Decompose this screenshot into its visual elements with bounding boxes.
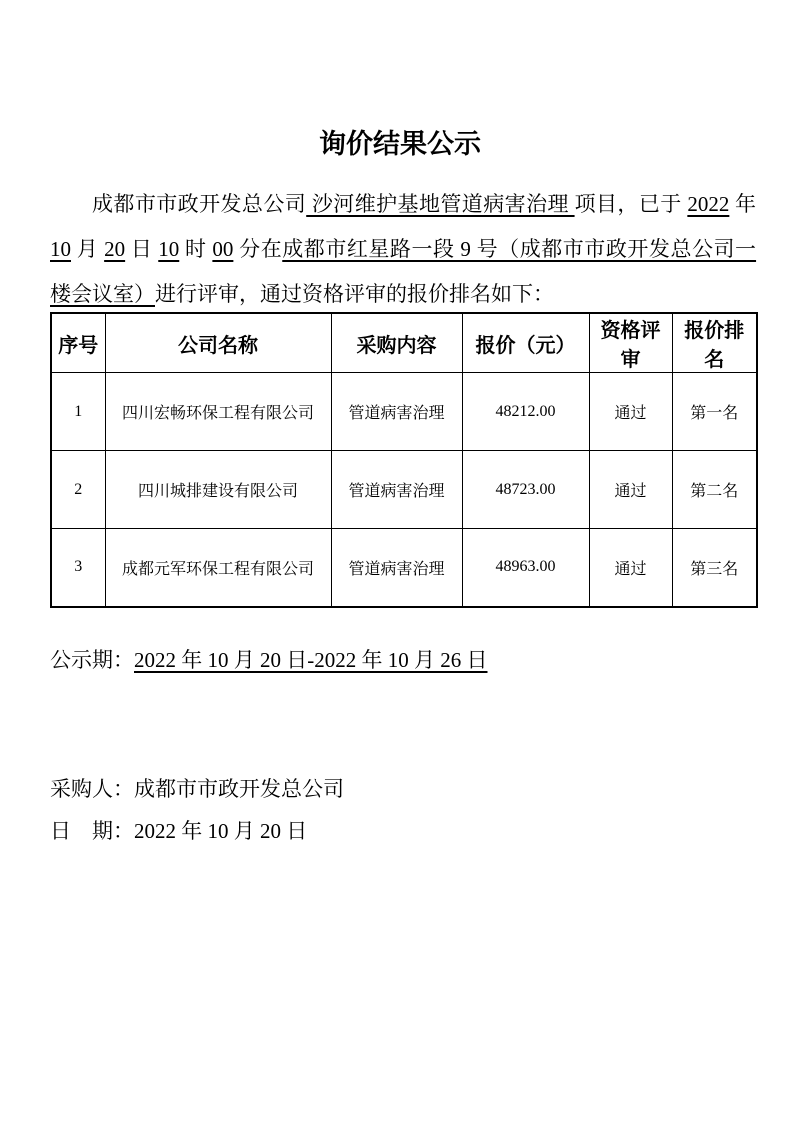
table-header-row: 序号 公司名称 采购内容 报价（元） 资格评审 报价排名	[51, 313, 757, 373]
cell-company: 四川宏畅环保工程有限公司	[105, 373, 331, 451]
buyer-value: 成都市市政开发总公司	[134, 777, 344, 801]
paragraph-segment: 成都市市政开发总公司	[92, 192, 306, 216]
paragraph-segment: 分在	[233, 237, 282, 261]
cell-index: 3	[51, 529, 105, 607]
paragraph-segment-underlined: 沙河维护基地管道病害治理	[306, 192, 574, 216]
paragraph-segment-underlined: 00	[212, 237, 233, 261]
date-value: 2022 年 10 月 20 日	[134, 819, 307, 843]
date-label: 日 期：	[50, 819, 134, 843]
cell-index: 2	[51, 451, 105, 529]
notice-period-value: 2022 年 10 月 20 日-2022 年 10 月 26 日	[134, 648, 488, 672]
paragraph-segment-underlined: 10	[158, 237, 179, 261]
header-cell-index: 序号	[51, 313, 105, 373]
header-cell-content: 采购内容	[331, 313, 462, 373]
buyer-line: 采购人：成都市市政开发总公司	[50, 775, 344, 803]
header-cell-company: 公司名称	[105, 313, 331, 373]
intro-paragraph: 成都市市政开发总公司 沙河维护基地管道病害治理 项目，已于 2022 年 10 …	[50, 182, 756, 317]
table-row: 1 四川宏畅环保工程有限公司 管道病害治理 48212.00 通过 第一名	[51, 373, 757, 451]
cell-qualification: 通过	[589, 373, 672, 451]
header-cell-price: 报价（元）	[462, 313, 589, 373]
paragraph-segment: 项目，已于	[575, 192, 688, 216]
paragraph-segment: 日	[125, 237, 158, 261]
paragraph-segment-underlined: 2022	[687, 192, 729, 216]
table-row: 2 四川城排建设有限公司 管道病害治理 48723.00 通过 第二名	[51, 451, 757, 529]
cell-company: 四川城排建设有限公司	[105, 451, 331, 529]
table-row: 3 成都元军环保工程有限公司 管道病害治理 48963.00 通过 第三名	[51, 529, 757, 607]
cell-qualification: 通过	[589, 529, 672, 607]
paragraph-segment: 进行评审，通过资格评审的报价排名如下：	[155, 282, 554, 306]
paragraph-segment-underlined: 20	[104, 237, 125, 261]
cell-price: 48963.00	[462, 529, 589, 607]
cell-price: 48723.00	[462, 451, 589, 529]
cell-rank: 第二名	[672, 451, 757, 529]
paragraph-segment-underlined: 10	[50, 237, 71, 261]
notice-period-label: 公示期：	[50, 648, 134, 672]
buyer-label: 采购人：	[50, 777, 134, 801]
cell-content: 管道病害治理	[331, 451, 462, 529]
cell-content: 管道病害治理	[331, 373, 462, 451]
paragraph-segment: 时	[179, 237, 212, 261]
cell-company: 成都元军环保工程有限公司	[105, 529, 331, 607]
results-table: 序号 公司名称 采购内容 报价（元） 资格评审 报价排名 1 四川宏畅环保工程有…	[50, 312, 758, 608]
header-cell-qualification: 资格评审	[589, 313, 672, 373]
paragraph-segment: 月	[71, 237, 104, 261]
cell-price: 48212.00	[462, 373, 589, 451]
date-line: 日 期：2022 年 10 月 20 日	[50, 817, 307, 845]
page-title: 询价结果公示	[0, 126, 800, 162]
notice-period-line: 公示期：2022 年 10 月 20 日-2022 年 10 月 26 日	[50, 646, 488, 674]
cell-rank: 第三名	[672, 529, 757, 607]
document-page: 询价结果公示 成都市市政开发总公司 沙河维护基地管道病害治理 项目，已于 202…	[0, 0, 800, 1131]
paragraph-segment: 年	[729, 192, 756, 216]
cell-index: 1	[51, 373, 105, 451]
cell-qualification: 通过	[589, 451, 672, 529]
header-cell-rank: 报价排名	[672, 313, 757, 373]
cell-rank: 第一名	[672, 373, 757, 451]
cell-content: 管道病害治理	[331, 529, 462, 607]
